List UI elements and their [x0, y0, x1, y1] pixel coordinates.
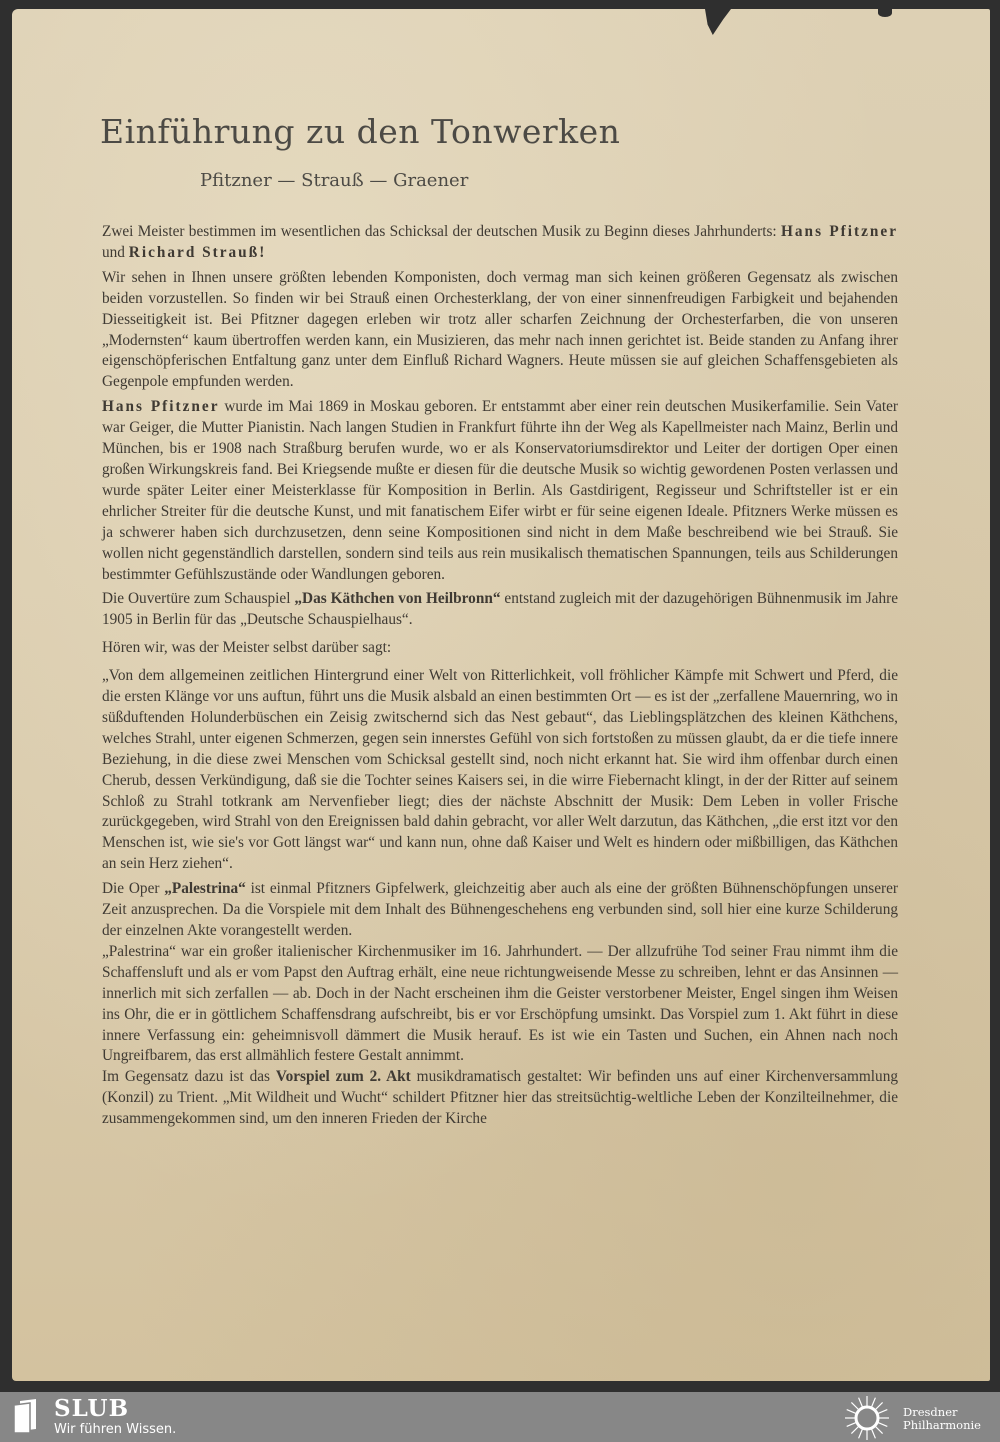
paragraph-quote-intro: Hören wir, was der Meister selbst darübe… — [102, 638, 898, 659]
paragraph-act2: Im Gegensatz dazu ist das Vorspiel zum 2… — [102, 1067, 898, 1130]
viewer-footer: SLUB Wir führen Wissen. Dresdner Philhar… — [0, 1392, 1000, 1442]
composer-name: Hans Pfitzner — [781, 223, 898, 240]
page-subtitle: Pfitzner — Strauß — Graener — [200, 170, 468, 191]
work-title: „Das Käthchen von Heilbronn“ — [294, 590, 500, 607]
work-title: „Palestrina“ — [164, 880, 246, 897]
slub-logo-name[interactable]: SLUB — [54, 1395, 129, 1422]
paragraph-palestrina: Die Oper „Palestrina“ ist einmal Pfitzne… — [102, 879, 898, 942]
paragraph-comparison: Wir sehen in Ihnen unsere größten lebend… — [102, 268, 898, 393]
paragraph-kaethchen: Die Ouvertüre zum Schauspiel „Das Käthch… — [102, 589, 898, 631]
paragraph-palestrina-story: „Palestrina“ war ein großer italienische… — [102, 942, 898, 1067]
page-title: Einführung zu den Tonwerken — [100, 112, 620, 151]
paragraph-pfitzner-bio: Hans Pfitzner wurde im Mai 1869 in Moska… — [102, 397, 898, 585]
paragraph-intro: Zwei Meister bestimmen im wesentlichen d… — [102, 222, 898, 264]
sunburst-ring-icon — [843, 1394, 891, 1442]
composer-name: Richard Strauß! — [129, 244, 267, 261]
paper-tear — [878, 9, 892, 17]
book-icon — [14, 1399, 40, 1433]
paragraph-quote: „Von dem allgemeinen zeitlichen Hintergr… — [102, 666, 898, 875]
work-title: Vorspiel zum 2. Akt — [276, 1068, 411, 1085]
philharmonie-logo-name[interactable]: Dresdner Philharmonie — [903, 1406, 981, 1432]
composer-name: Hans Pfitzner — [102, 398, 220, 415]
document-body: Zwei Meister bestimmen im wesentlichen d… — [102, 222, 898, 1130]
slub-logo-tagline: Wir führen Wissen. — [54, 1422, 176, 1437]
